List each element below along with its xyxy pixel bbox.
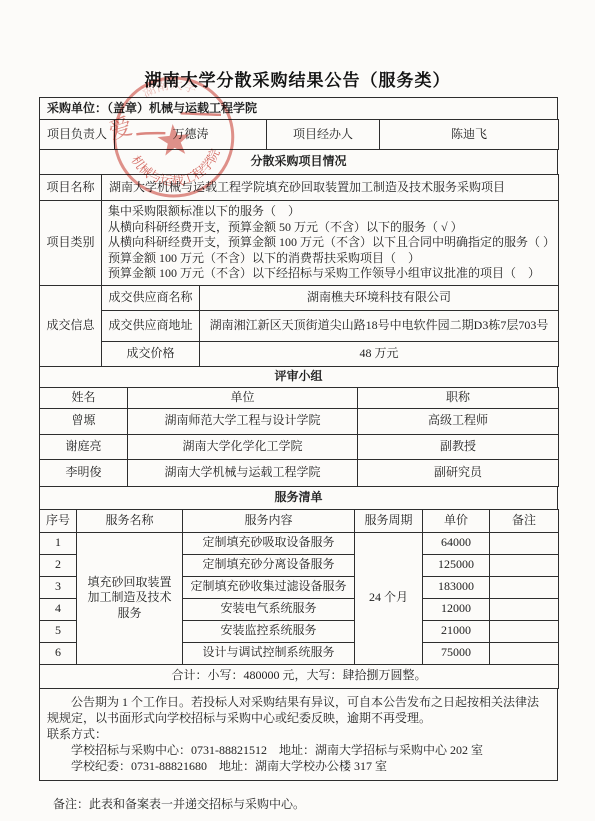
service-no-cell: 1: [40, 532, 77, 554]
services-col-content: 服务内容: [183, 509, 355, 532]
service-note-cell: [490, 532, 559, 554]
service-price-cell: 12000: [423, 598, 490, 620]
service-note-cell: [490, 620, 559, 642]
announcement-table: 采购单位：（盖章）机械与运载工程学院 项目负责人 万德涛 项目经办人 陈迪飞 分…: [39, 97, 558, 781]
category-option: 从横向科研经费开支，预算金额 50 万元（不含）以下的服务（ √ ）: [108, 220, 552, 236]
review-header-row: 姓名 单位 职称: [40, 387, 559, 408]
service-no-cell: 6: [40, 642, 77, 664]
category-option: 集中采购限额标准以下的服务（ ）: [108, 204, 552, 220]
services-header-row: 序号 服务名称 服务内容 服务周期 单价 备注: [40, 509, 559, 532]
service-content-cell: 安装监控系统服务: [183, 620, 355, 642]
deal-info-label-cell: 成交信息: [40, 285, 102, 366]
footer-note: 备注：此表和备案表一并递交招标与采购中心。: [53, 795, 595, 812]
service-no-cell: 3: [40, 576, 77, 598]
purchasing-unit-cell: 采购单位：（盖章）机械与运载工程学院: [40, 98, 558, 120]
service-note-cell: [490, 598, 559, 620]
handler-name-cell: 陈迪飞: [380, 120, 559, 150]
services-total-cell: 合计：小写：480000 元，大写：肆拾捌万圆整。: [40, 664, 559, 688]
service-price-cell: 21000: [423, 620, 490, 642]
category-option: 预算金额 100 万元（不含）以下经招标与采购工作领导小组审议批准的项目（ ）: [108, 266, 552, 282]
handler-label-cell: 项目经办人: [267, 120, 380, 150]
review-col-name: 姓名: [40, 387, 128, 408]
project-category-options-cell: 集中采购限额标准以下的服务（ ） 从横向科研经费开支，预算金额 50 万元（不含…: [102, 201, 559, 286]
project-people-table: 项目负责人 万德涛 项目经办人 陈迪飞: [39, 119, 559, 150]
reviewer-name-cell: 曾塬: [40, 408, 128, 434]
reviewer-title-cell: 副研究员: [358, 459, 559, 486]
document-title: 湖南大学分散采购结果公告（服务类）: [0, 0, 595, 91]
supplier-address-label-cell: 成交供应商地址: [102, 310, 200, 341]
review-heading-table: 评审小组: [39, 366, 558, 388]
service-no-cell: 4: [40, 598, 77, 620]
notice-table: 公告期为 1 个工作日。若投标人对采购结果有异议，可自本公告发布之日起按相关法律…: [39, 688, 558, 781]
leader-label-cell: 项目负责人: [40, 120, 115, 150]
service-group-name-cell: 填充砂回取装置加工制造及技术服务: [77, 532, 183, 664]
notice-paragraph: 公告期为 1 个工作日。若投标人对采购结果有异议，可自本公告发布之日起按相关法律…: [47, 694, 548, 726]
service-price-cell: 75000: [423, 642, 490, 664]
project-name-value-cell: 湖南大学机械与运载工程学院填充砂回取装置加工制造及技术服务采购项目: [102, 175, 559, 201]
reviewer-unit-cell: 湖南大学机械与运载工程学院: [128, 459, 358, 486]
price-label-cell: 成交价格: [102, 341, 200, 366]
reviewer-unit-cell: 湖南大学化学化工学院: [128, 434, 358, 459]
review-row: 谢庭亮 湖南大学化学化工学院 副教授: [40, 434, 559, 459]
section-heading-project: 分散采购项目情况: [40, 150, 558, 175]
notice-cell: 公告期为 1 个工作日。若投标人对采购结果有异议，可自本公告发布之日起按相关法律…: [40, 688, 558, 780]
services-col-no: 序号: [40, 509, 77, 532]
supplier-name-value-cell: 湖南樵夫环境科技有限公司: [200, 285, 559, 310]
service-no-cell: 2: [40, 554, 77, 576]
reviewer-unit-cell: 湖南师范大学工程与设计学院: [128, 408, 358, 434]
services-table: 序号 服务名称 服务内容 服务周期 单价 备注 1 填充砂回取装置加工制造及技术…: [39, 509, 559, 689]
category-option: 从横向科研经费开支，预算金额 100 万元（不含）以下且合同中明确指定的服务（ …: [108, 235, 552, 251]
contact-line: 学校招标与采购中心：0731-88821512 地址：湖南大学招标与采购中心 2…: [47, 742, 548, 758]
project-name-label-cell: 项目名称: [40, 175, 102, 201]
review-col-title: 职称: [358, 387, 559, 408]
review-col-unit: 单位: [128, 387, 358, 408]
service-content-cell: 定制填充砂吸取设备服务: [183, 532, 355, 554]
purchasing-unit-table: 采购单位：（盖章）机械与运载工程学院: [39, 97, 558, 120]
service-period-cell: 24 个月: [355, 532, 423, 664]
review-row: 曾塬 湖南师范大学工程与设计学院 高级工程师: [40, 408, 559, 434]
project-section-heading-table: 分散采购项目情况: [39, 149, 558, 175]
section-heading-services: 服务清单: [40, 486, 558, 509]
services-heading-table: 服务清单: [39, 486, 558, 510]
category-option: 预算金额 100 万元（不含）以下的消费帮扶采购项目（ ）: [108, 251, 552, 267]
services-col-price: 单价: [423, 509, 490, 532]
review-row: 李明俊 湖南大学机械与运载工程学院 副研究员: [40, 459, 559, 486]
reviewer-title-cell: 副教授: [358, 434, 559, 459]
section-heading-review: 评审小组: [40, 366, 558, 387]
contact-line: 学校纪委：0731-88821680 地址：湖南大学校办公楼 317 室: [47, 758, 548, 774]
project-info-table: 项目名称 湖南大学机械与运载工程学院填充砂回取装置加工制造及技术服务采购项目 项…: [39, 174, 559, 367]
service-content-cell: 定制填充砂收集过滤设备服务: [183, 576, 355, 598]
service-note-cell: [490, 642, 559, 664]
service-price-cell: 125000: [423, 554, 490, 576]
supplier-name-label-cell: 成交供应商名称: [102, 285, 200, 310]
project-category-label-cell: 项目类别: [40, 201, 102, 286]
services-total-row: 合计：小写：480000 元，大写：肆拾捌万圆整。: [40, 664, 559, 688]
service-price-cell: 183000: [423, 576, 490, 598]
service-row: 1 填充砂回取装置加工制造及技术服务 定制填充砂吸取设备服务 24 个月 640…: [40, 532, 559, 554]
service-note-cell: [490, 554, 559, 576]
service-no-cell: 5: [40, 620, 77, 642]
service-content-cell: 安装电气系统服务: [183, 598, 355, 620]
services-col-note: 备注: [490, 509, 559, 532]
supplier-address-value-cell: 湖南湘江新区天顶街道尖山路18号中电软件园二期D3栋7层703号: [200, 310, 559, 341]
price-value-cell: 48 万元: [200, 341, 559, 366]
contact-label: 联系方式：: [47, 726, 548, 742]
reviewer-name-cell: 李明俊: [40, 459, 128, 486]
reviewer-name-cell: 谢庭亮: [40, 434, 128, 459]
service-note-cell: [490, 576, 559, 598]
services-col-name: 服务名称: [77, 509, 183, 532]
service-price-cell: 64000: [423, 532, 490, 554]
reviewer-title-cell: 高级工程师: [358, 408, 559, 434]
services-col-period: 服务周期: [355, 509, 423, 532]
service-content-cell: 设计与调试控制系统服务: [183, 642, 355, 664]
review-table: 姓名 单位 职称 曾塬 湖南师范大学工程与设计学院 高级工程师 谢庭亮 湖南大学…: [39, 387, 559, 487]
service-content-cell: 定制填充砂分离设备服务: [183, 554, 355, 576]
leader-name-cell: 万德涛: [115, 120, 267, 150]
document-page: 湖南大学分散采购结果公告（服务类） 采购单位：（盖章）机械与运载工程学院 项目负…: [0, 0, 595, 821]
